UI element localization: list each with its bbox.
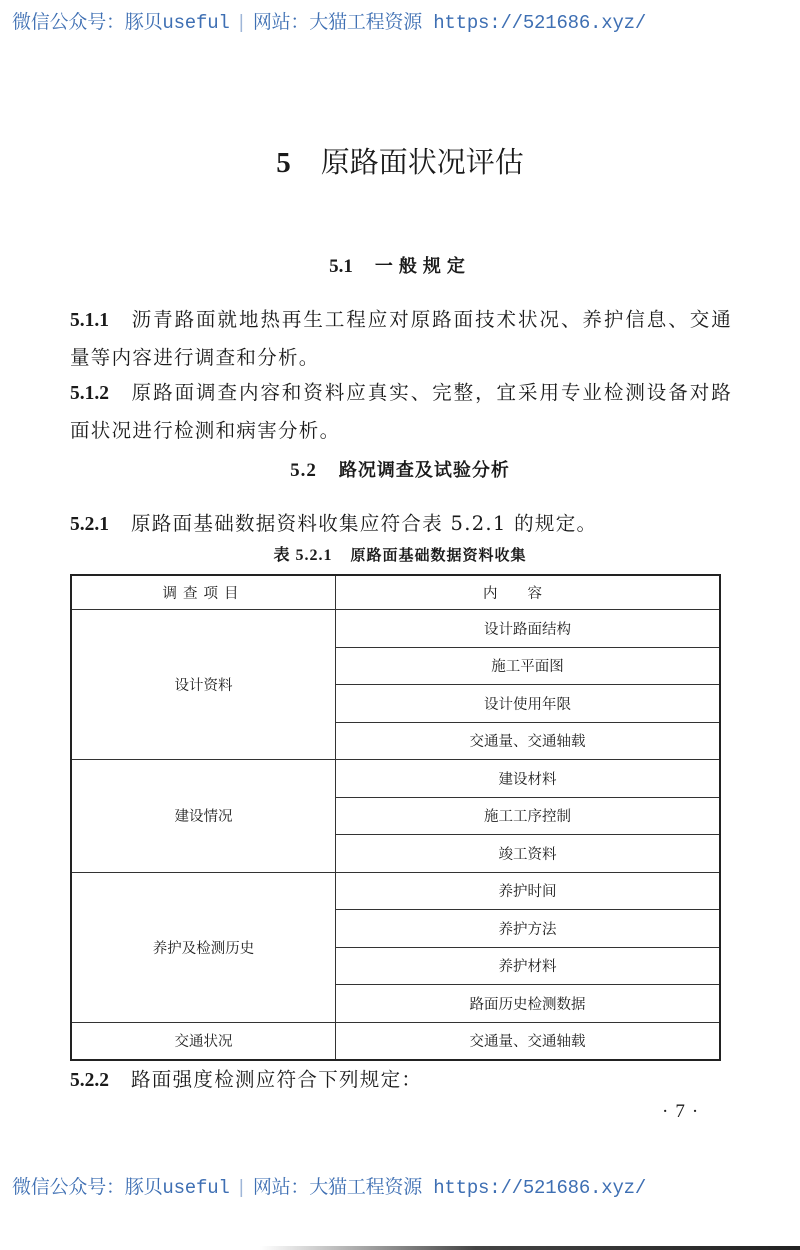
content-cell: 交通量、交通轴载	[336, 1022, 721, 1060]
section-title: 路况调查及试验分析	[339, 460, 510, 481]
content-cell: 设计使用年限	[336, 685, 721, 723]
chapter-title: 5原路面状况评估	[0, 140, 800, 181]
chapter-number: 5	[276, 147, 291, 179]
watermark-top: 微信公众号：豚贝useful|网站：大猫工程资源 https://521686.…	[12, 7, 792, 34]
section-heading-5-1: 5.1一般规定	[0, 252, 800, 278]
category-cell: 养护及检测历史	[71, 872, 336, 1022]
table-row: 建设情况 建设材料	[71, 760, 720, 798]
chapter-title-text: 原路面状况评估	[321, 145, 524, 179]
content-cell: 养护时间	[336, 872, 721, 910]
watermark-bottom: 微信公众号：豚贝useful|网站：大猫工程资源 https://521686.…	[12, 1172, 792, 1199]
watermark-site: 网站：大猫工程资源 https://521686.xyz/	[253, 12, 646, 34]
table-row: 交通状况 交通量、交通轴载	[71, 1022, 720, 1060]
content-cell: 建设材料	[336, 760, 721, 798]
table-caption: 表 5.2.1原路面基础数据资料收集	[0, 542, 800, 565]
content-cell: 设计路面结构	[336, 610, 721, 648]
content-cell: 竣工资料	[336, 835, 721, 873]
content-cell: 施工工序控制	[336, 797, 721, 835]
section-heading-5-2: 5.2路况调查及试验分析	[0, 456, 800, 482]
content-cell: 交通量、交通轴载	[336, 722, 721, 760]
page-number-value: 7	[675, 1101, 685, 1122]
category-cell: 交通状况	[71, 1022, 336, 1060]
table-caption-title: 原路面基础数据资料收集	[351, 546, 527, 564]
clause-5-2-1: 5.2.1原路面基础数据资料收集应符合表 5.2.1 的规定。	[70, 505, 732, 543]
watermark-separator: |	[236, 12, 247, 34]
page-number: ·7·	[655, 1101, 705, 1123]
table-row: 养护及检测历史 养护时间	[71, 872, 720, 910]
data-collection-table: 调查项目 内容 设计资料 设计路面结构 施工平面图 设计使用年限 交通量、交通轴…	[70, 574, 721, 1061]
clause-text: 原路面调查内容和资料应真实、完整，宜采用专业检测设备对路面状况进行检测和病害分析…	[70, 381, 732, 442]
page-dot-left: ·	[662, 1101, 668, 1122]
content-cell: 养护材料	[336, 947, 721, 985]
page-dot-right: ·	[692, 1101, 698, 1122]
clause-number: 5.2.1	[70, 514, 109, 535]
table-row: 设计资料 设计路面结构	[71, 610, 720, 648]
clause-number: 5.2.2	[70, 1070, 109, 1091]
watermark-site: 网站：大猫工程资源 https://521686.xyz/	[253, 1177, 646, 1199]
content-cell: 路面历史检测数据	[336, 985, 721, 1023]
category-cell: 设计资料	[71, 610, 336, 760]
table-caption-number: 表 5.2.1	[273, 547, 332, 564]
watermark-separator: |	[236, 1177, 247, 1199]
clause-5-1-1: 5.1.1沥青路面就地热再生工程应对原路面技术状况、养护信息、交通量等内容进行调…	[70, 301, 732, 376]
clause-5-1-2: 5.1.2原路面调查内容和资料应真实、完整，宜采用专业检测设备对路面状况进行检测…	[70, 374, 732, 449]
category-cell: 建设情况	[71, 760, 336, 873]
section-title: 一般规定	[375, 256, 471, 277]
section-number: 5.1	[329, 256, 353, 277]
clause-number: 5.1.1	[70, 310, 109, 331]
content-cell: 施工平面图	[336, 647, 721, 685]
section-number: 5.2	[290, 460, 317, 481]
table-header-row: 调查项目 内容	[71, 575, 720, 610]
header-content: 内容	[336, 575, 721, 610]
header-survey-item: 调查项目	[71, 575, 336, 610]
clause-text: 原路面基础数据资料收集应符合表 5.2.1 的规定。	[131, 512, 597, 535]
content-cell: 养护方法	[336, 910, 721, 948]
watermark-wechat: 微信公众号：豚贝useful	[12, 1177, 230, 1199]
watermark-wechat: 微信公众号：豚贝useful	[12, 12, 230, 34]
scan-page-edge	[260, 1246, 800, 1250]
clause-number: 5.1.2	[70, 383, 109, 404]
clause-5-2-2: 5.2.2路面强度检测应符合下列规定：	[70, 1061, 732, 1099]
clause-text: 沥青路面就地热再生工程应对原路面技术状况、养护信息、交通量等内容进行调查和分析。	[70, 308, 732, 369]
clause-text: 路面强度检测应符合下列规定：	[131, 1068, 422, 1091]
